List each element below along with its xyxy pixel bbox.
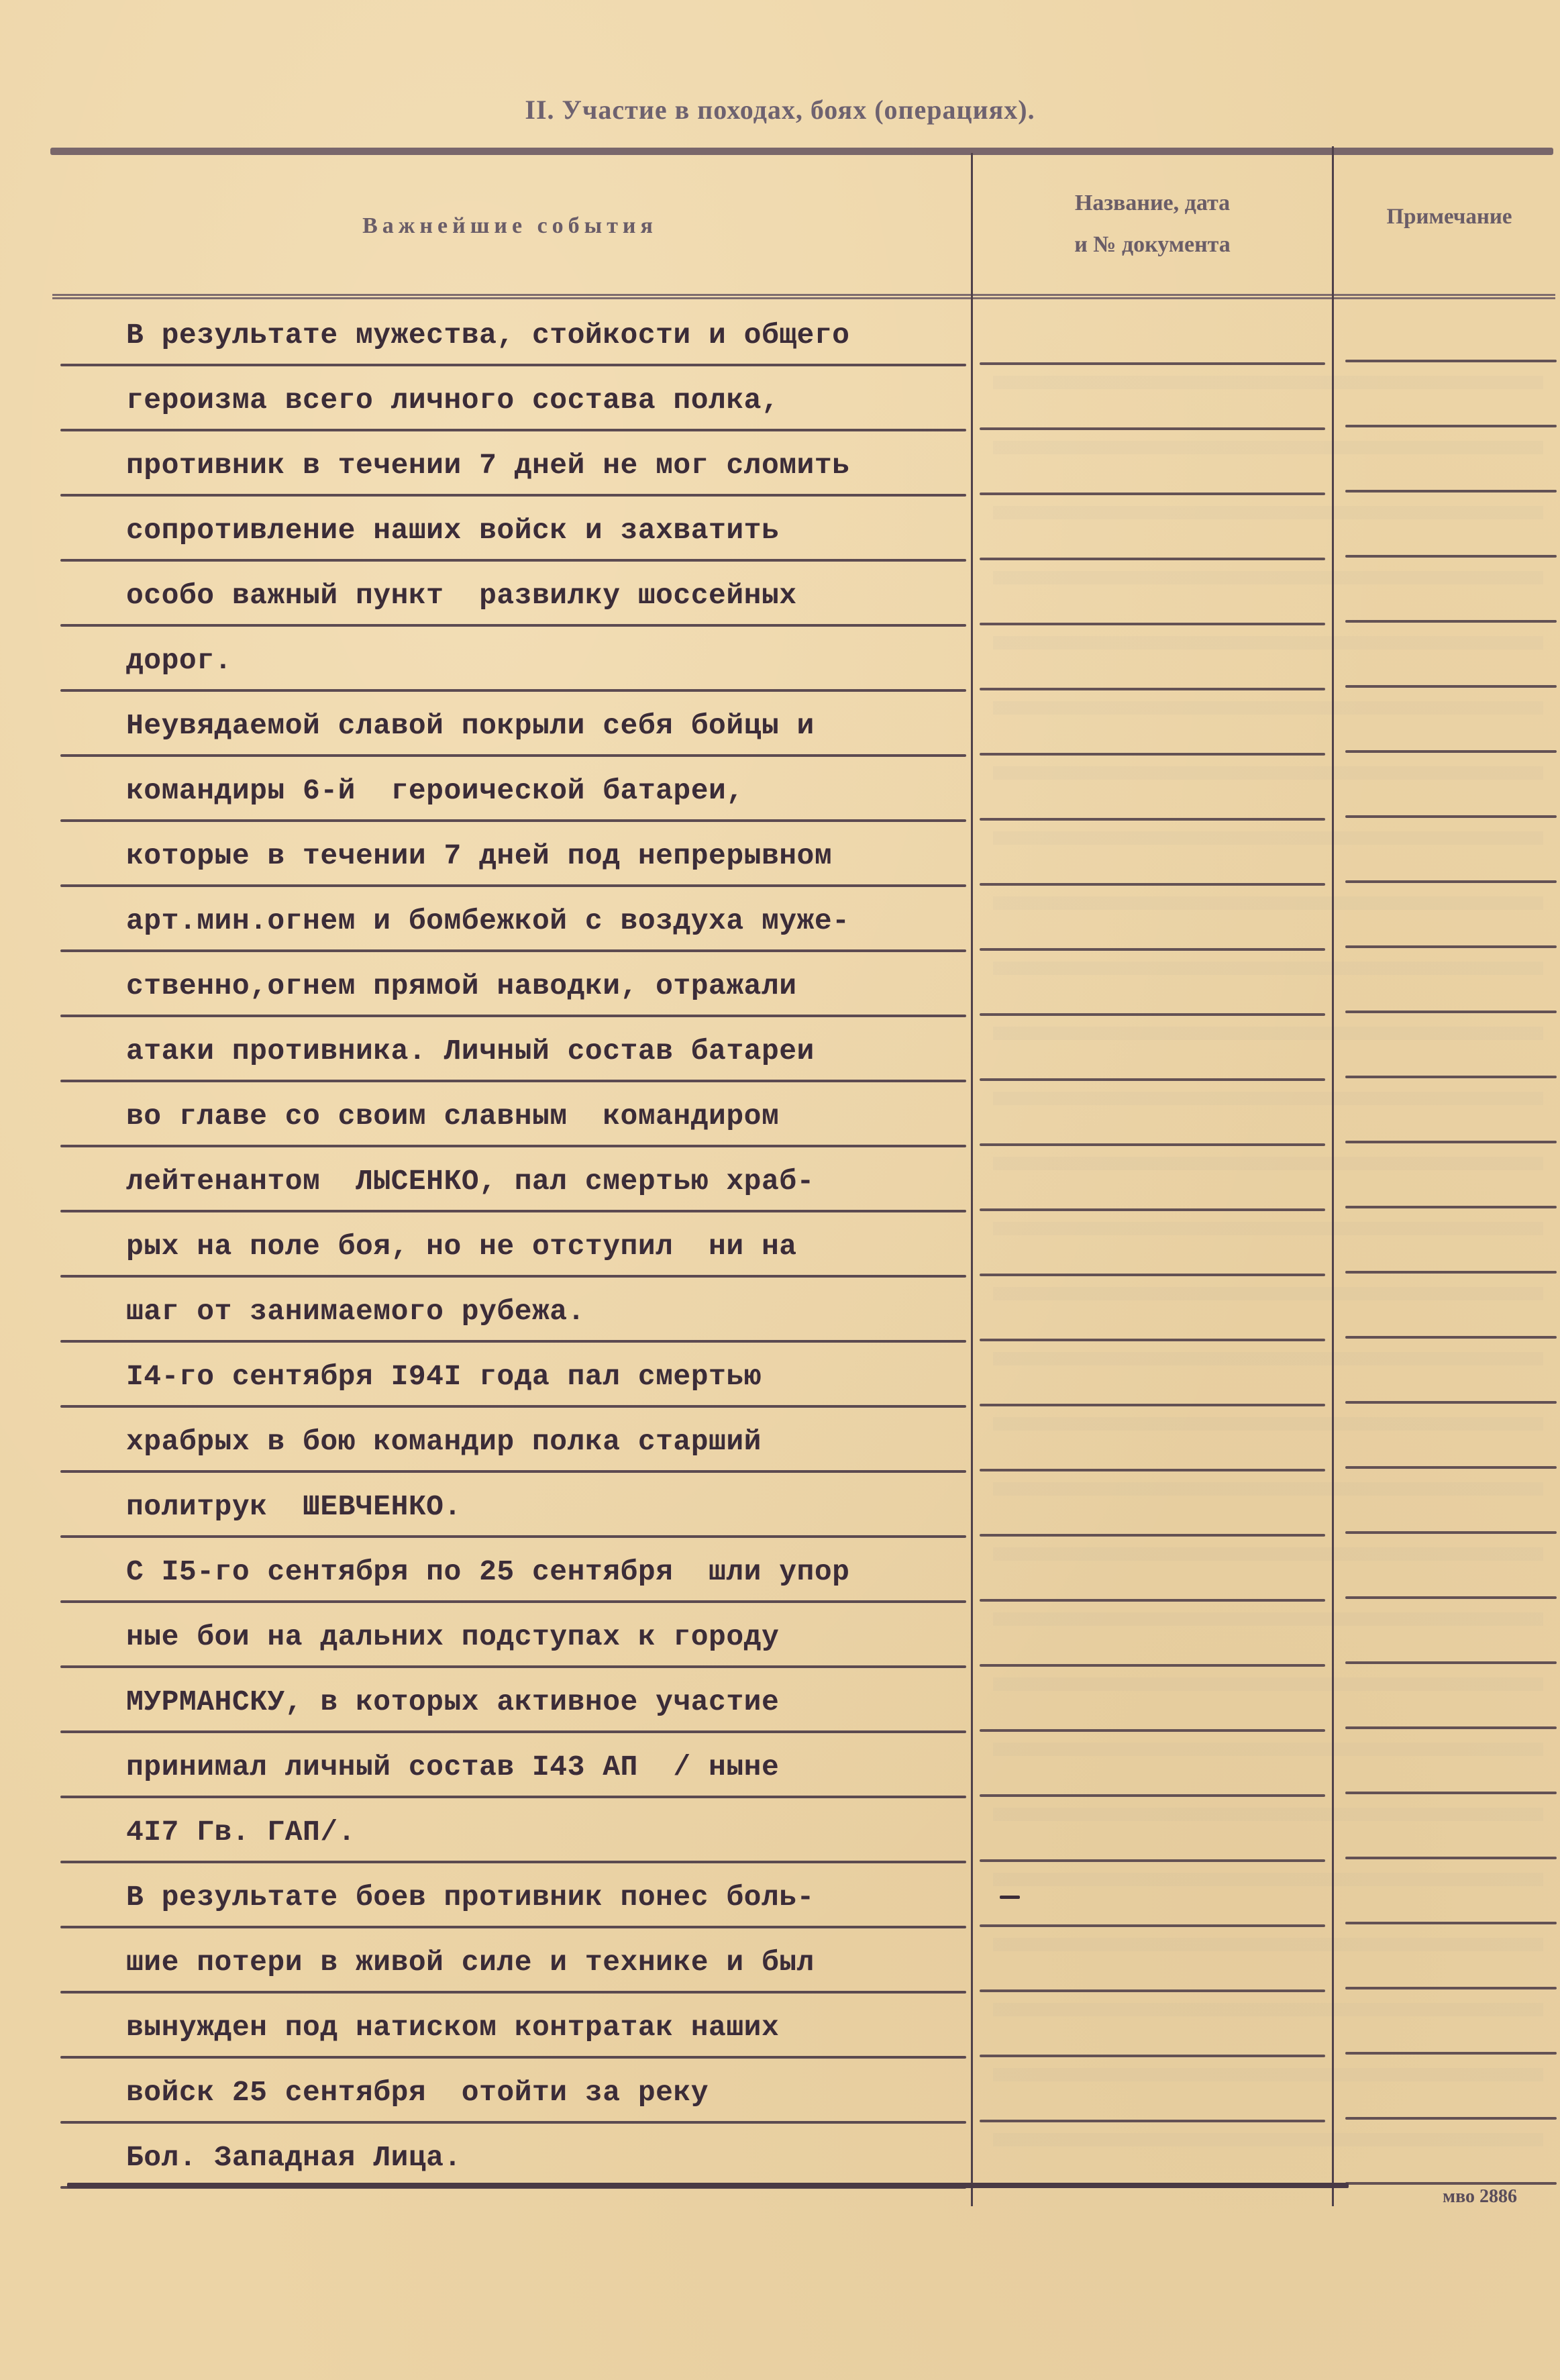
table-row: шаг от занимаемого рубежа. — [0, 1278, 1560, 1343]
column-header-document: Название, дата и № документа — [976, 183, 1329, 266]
event-text: арт.мин.огнем и бомбежкой с воздуха муже… — [126, 904, 849, 937]
document-cell-dash — [1000, 1896, 1020, 1899]
event-text: атаки противника. Личный состав батареи — [126, 1035, 815, 1068]
table-row: во главе со своим славным командиром — [0, 1082, 1560, 1147]
row-underline — [980, 1339, 1325, 1341]
row-underline — [980, 2055, 1325, 2057]
table-row: лейтенантом ЛЫСЕНКО, пал смертью храб- — [0, 1147, 1560, 1212]
table-row: В результате мужества, стойкости и общег… — [0, 301, 1560, 366]
row-underline — [1345, 1466, 1557, 1469]
event-text: особо важный пункт развилку шоссейных — [126, 579, 797, 612]
row-underline — [1345, 1141, 1557, 1143]
event-text: которые в течении 7 дней под непрерывном — [126, 839, 832, 872]
event-text: В результате боев противник понес боль- — [126, 1881, 815, 1914]
row-underline — [1345, 1206, 1557, 1208]
row-underline — [980, 1599, 1325, 1602]
table-row: противник в течении 7 дней не мог сломит… — [0, 431, 1560, 497]
row-underline — [980, 1469, 1325, 1471]
event-text: героизма всего личного состава полка, — [126, 384, 779, 417]
event-text: противник в течении 7 дней не мог сломит… — [126, 449, 849, 482]
section-title: II. Участие в походах, боях (операциях). — [0, 94, 1560, 125]
header-top-rule — [50, 148, 1553, 155]
event-text: Бол. Западная Лица. — [126, 2141, 462, 2174]
column-header-document-line1: Название, дата — [976, 183, 1329, 224]
row-underline — [980, 362, 1325, 365]
row-underline — [980, 1794, 1325, 1797]
table-row: принимал личный состав I43 АП / ныне — [0, 1733, 1560, 1798]
row-underline — [1345, 425, 1557, 427]
table-row: войск 25 сентября отойти за реку — [0, 2059, 1560, 2124]
event-text: войск 25 сентября отойти за реку — [126, 2076, 709, 2109]
row-underline — [1345, 620, 1557, 623]
row-underline — [1345, 1922, 1557, 1924]
row-underline — [980, 688, 1325, 690]
row-underline — [1345, 1076, 1557, 1078]
table-row: храбрых в бою командир полка старший — [0, 1408, 1560, 1473]
table-row: атаки противника. Личный состав батареи — [0, 1017, 1560, 1082]
table-row: Неувядаемой славой покрыли себя бойцы и — [0, 692, 1560, 757]
event-text: ные бои на дальних подступах к городу — [126, 1620, 779, 1653]
row-underline — [1345, 360, 1557, 362]
row-underline — [1345, 945, 1557, 948]
event-text: С I5-го сентября по 25 сентября шли упор — [126, 1555, 849, 1588]
table-row: Бол. Западная Лица. — [0, 2124, 1560, 2189]
table-row: В результате боев противник понес боль- — [0, 1863, 1560, 1928]
row-underline — [980, 818, 1325, 821]
row-underline — [1345, 1336, 1557, 1339]
table-row: ные бои на дальних подступах к городу — [0, 1603, 1560, 1668]
row-underline — [980, 1143, 1325, 1146]
table-row: героизма всего личного состава полка, — [0, 366, 1560, 431]
row-underline — [980, 2120, 1325, 2122]
table-row: МУРМАНСКУ, в которых активное участие — [0, 1668, 1560, 1733]
column-header-events: Важнейшие события — [54, 213, 966, 239]
row-underline — [1345, 1401, 1557, 1404]
row-underline — [1345, 1987, 1557, 1989]
row-underline — [1345, 1661, 1557, 1664]
event-text: I4-го сентября I94I года пал смертью — [126, 1360, 762, 1393]
row-underline — [1345, 815, 1557, 818]
table-row: которые в течении 7 дней под непрерывном — [0, 822, 1560, 887]
event-text: шие потери в живой силе и технике и был — [126, 1946, 815, 1979]
event-text: командиры 6-й героической батареи, — [126, 774, 744, 807]
table-row: I4-го сентября I94I года пал смертью — [0, 1343, 1560, 1408]
table-row: С I5-го сентября по 25 сентября шли упор — [0, 1538, 1560, 1603]
row-underline — [1345, 1531, 1557, 1534]
row-underline — [980, 1534, 1325, 1537]
column-header-note: Примечание — [1339, 205, 1560, 229]
events-table-body: В результате мужества, стойкости и общег… — [0, 301, 1560, 2189]
event-text: дорог. — [126, 644, 232, 677]
row-underline — [980, 1208, 1325, 1211]
row-underline — [1345, 555, 1557, 558]
archival-document-page: II. Участие в походах, боях (операциях).… — [0, 0, 1560, 2380]
table-row: рых на поле боя, но не отступил ни на — [0, 1212, 1560, 1278]
table-bottom-rule — [67, 2183, 1349, 2188]
row-underline — [980, 948, 1325, 951]
row-underline — [980, 1013, 1325, 1016]
row-underline — [1345, 490, 1557, 493]
row-underline — [1345, 1271, 1557, 1274]
table-row: дорог. — [0, 627, 1560, 692]
row-underline — [980, 1404, 1325, 1406]
row-underline — [1345, 1011, 1557, 1013]
table-row: вынужден под натиском контратак наших — [0, 1994, 1560, 2059]
event-text: во главе со своим славным командиром — [126, 1100, 779, 1133]
row-underline — [980, 1989, 1325, 1992]
column-header-document-line2: и № документа — [976, 224, 1329, 266]
row-underline — [980, 1664, 1325, 1667]
event-text: лейтенантом ЛЫСЕНКО, пал смертью храб- — [126, 1165, 815, 1198]
table-row: ственно,огнем прямой наводки, отражали — [0, 952, 1560, 1017]
row-underline — [1345, 2182, 1557, 2185]
row-underline — [1345, 2117, 1557, 2120]
table-row: арт.мин.огнем и бомбежкой с воздуха муже… — [0, 887, 1560, 952]
event-text: Неувядаемой славой покрыли себя бойцы и — [126, 709, 815, 742]
row-underline — [1345, 1596, 1557, 1599]
event-text: рых на поле боя, но не отступил ни на — [126, 1230, 797, 1263]
row-underline — [980, 427, 1325, 430]
row-underline — [1345, 1726, 1557, 1729]
row-underline — [980, 623, 1325, 625]
row-underline — [980, 493, 1325, 495]
form-code: мво 2886 — [1443, 2186, 1517, 2208]
table-row: политрук ШЕВЧЕНКО. — [0, 1473, 1560, 1538]
header-bottom-rule — [52, 294, 1555, 299]
row-underline — [980, 1924, 1325, 1927]
row-underline — [980, 753, 1325, 756]
table-row: 4I7 Гв. ГАП/. — [0, 1798, 1560, 1863]
row-underline — [1345, 1792, 1557, 1794]
row-underline — [980, 1078, 1325, 1081]
event-text: сопротивление наших войск и захватить — [126, 514, 779, 547]
event-text: принимал личный состав I43 АП / ныне — [126, 1751, 779, 1783]
table-row: командиры 6-й героической батареи, — [0, 757, 1560, 822]
row-underline — [1345, 1857, 1557, 1859]
event-text: политрук ШЕВЧЕНКО. — [126, 1490, 462, 1523]
row-underline — [1345, 880, 1557, 883]
table-row: сопротивление наших войск и захватить — [0, 497, 1560, 562]
row-underline — [1345, 750, 1557, 753]
event-text: ственно,огнем прямой наводки, отражали — [126, 970, 797, 1002]
event-text: МУРМАНСКУ, в которых активное участие — [126, 1686, 779, 1718]
event-text: вынужден под натиском контратак наших — [126, 2011, 779, 2044]
row-underline — [980, 558, 1325, 560]
row-underline — [980, 1729, 1325, 1732]
table-row: особо важный пункт развилку шоссейных — [0, 562, 1560, 627]
row-underline — [980, 1859, 1325, 1862]
event-text: храбрых в бою командир полка старший — [126, 1425, 762, 1458]
event-text: В результате мужества, стойкости и общег… — [126, 319, 849, 352]
row-underline — [1345, 2052, 1557, 2055]
row-underline — [980, 883, 1325, 886]
table-row: шие потери в живой силе и технике и был — [0, 1928, 1560, 1994]
event-text: шаг от занимаемого рубежа. — [126, 1295, 585, 1328]
event-text: 4I7 Гв. ГАП/. — [126, 1816, 356, 1849]
row-underline — [980, 1274, 1325, 1276]
row-underline — [1345, 685, 1557, 688]
